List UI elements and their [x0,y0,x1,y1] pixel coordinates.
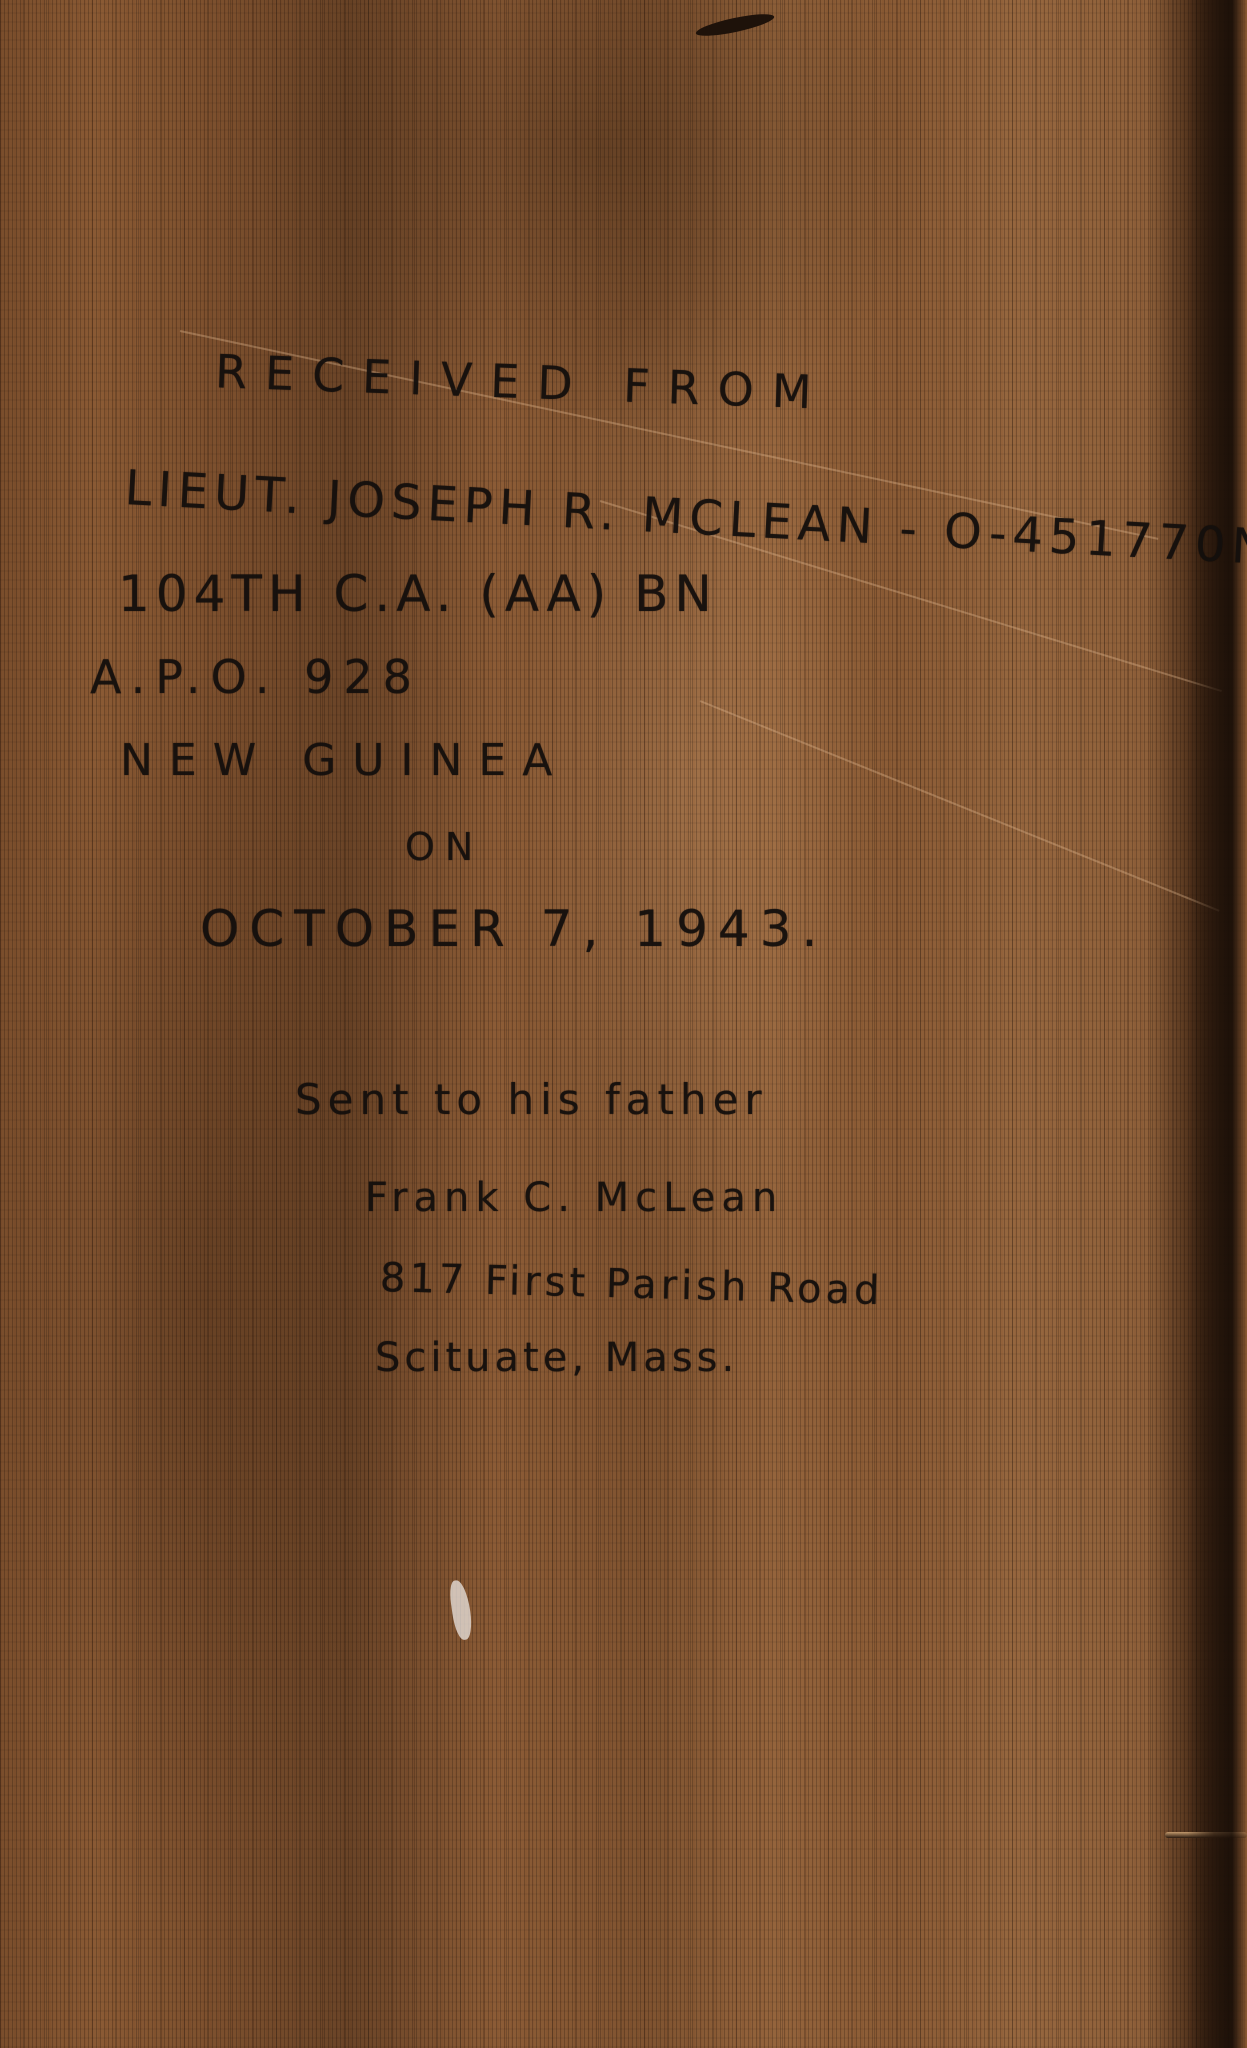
inscription-line-officer-name: Lieut. Joseph R. McLean - O-451770N [124,460,1247,576]
wooden-board: Received From Lieut. Joseph R. McLean - … [0,0,1247,2048]
inscription-line-street-address: 817 First Parish Road [379,1255,884,1314]
inscription-line-recipient-name: Frank C. McLean [365,1175,783,1221]
inscription-line-location: New Guinea [120,735,568,786]
inscription-line-apo: A.P.O. 928 [90,650,422,704]
inscription-line-date: October 7, 1943. [200,900,827,958]
inscription-line-city-state: Scituate, Mass. [375,1335,738,1381]
inscription-line-on: on [405,825,483,869]
inscription-line-sent-to: Sent to his father [295,1075,768,1124]
handwritten-inscription: Received From Lieut. Joseph R. McLean - … [0,0,1247,2048]
inscription-line-received-from: Received From [214,344,830,419]
inscription-line-unit: 104th C.A. (AA) Bn [118,565,718,623]
